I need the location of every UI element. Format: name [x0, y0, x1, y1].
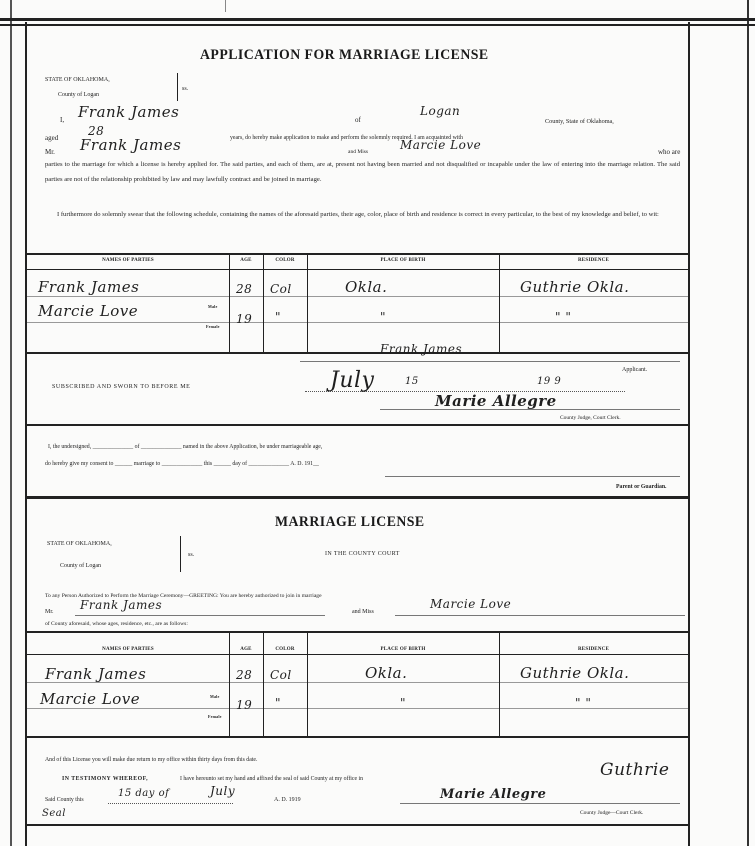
app-row2-name: Marcie Love — [38, 302, 138, 320]
license-of-county-text: of County aforesaid, whose ages, residen… — [45, 620, 188, 629]
sworn-bottom-rule — [27, 424, 688, 426]
app-row2-birth: " — [380, 310, 386, 324]
page-right-border — [747, 0, 749, 846]
clerk-label: County Judge, Court Clerk. — [560, 414, 621, 423]
lic-row2-color: " — [275, 696, 281, 710]
lic-header-color: COLOR — [263, 647, 307, 653]
judge-signature-line — [400, 803, 680, 804]
application-bottom-rule — [27, 496, 688, 499]
sworn-month: July — [330, 368, 374, 393]
lic-row2-residence: " " — [575, 696, 591, 710]
license-and-label: and Miss — [352, 608, 374, 617]
line3-and-label: and Miss — [348, 148, 368, 157]
license-groom-line — [75, 615, 325, 616]
license-return-text: And of this License you will make due re… — [45, 756, 257, 765]
app-table-top — [27, 253, 688, 255]
lic-row2-name: Marcie Love — [40, 690, 140, 708]
lic-table-bottom — [27, 736, 688, 738]
page-left-border-inner — [25, 22, 27, 846]
judge-signature: Marie Allegre — [440, 787, 546, 802]
consent-signature-line — [385, 476, 680, 477]
license-bottom-rule — [27, 824, 688, 826]
applicant-signature: Frank James — [380, 342, 462, 356]
consent-line-1: I, the undersigned, ______________ of __… — [48, 443, 322, 452]
lic-table-header-rule — [27, 654, 688, 655]
application-county-label: County of Logan — [58, 91, 99, 100]
app-row1-color: Col — [270, 282, 292, 296]
license-state-label: STATE OF OKLAHOMA, — [47, 540, 112, 549]
said-county-label: Said County this — [45, 796, 84, 805]
top-tick-mark — [225, 0, 226, 12]
line1-suffix: County, State of Oklahoma, — [545, 117, 614, 126]
license-state-brace — [180, 536, 181, 572]
lic-header-residence: RESIDENCE — [499, 647, 688, 653]
page-right-border-inner — [688, 22, 690, 846]
line1-of: of — [355, 116, 361, 125]
app-row2-tag: Female — [206, 324, 220, 330]
clerk-signature-line — [380, 409, 680, 410]
lic-row2-tag: Female — [208, 714, 222, 720]
page-left-border — [10, 0, 12, 846]
lic-table-top — [27, 631, 688, 633]
line3-suffix: who are — [658, 148, 680, 157]
applicant-label: Applicant. — [622, 366, 647, 375]
app-row2-color: " — [275, 310, 281, 324]
app-row1-tag: Male — [208, 304, 217, 310]
top-double-rule — [0, 18, 755, 21]
app-header-residence: RESIDENCE — [499, 258, 688, 264]
office-town: Guthrie — [600, 760, 669, 780]
app-header-names: NAMES OF PARTIES — [27, 258, 229, 264]
app-table-header-rule — [27, 269, 688, 270]
app-col-divider-2 — [263, 253, 264, 353]
app-header-color: COLOR — [263, 258, 307, 264]
testimony-text: I have hereunto set my hand and affixed … — [180, 775, 363, 784]
bride-name-line: Marcie Love — [400, 138, 481, 152]
lic-header-birth: PLACE OF BIRTH — [307, 647, 499, 653]
consent-line-2: do hereby give my consent to ______ marr… — [45, 460, 319, 469]
app-header-age: AGE — [229, 258, 263, 264]
app-row1-age: 28 — [236, 282, 252, 296]
license-ss: ss. — [188, 551, 194, 560]
lic-header-age: AGE — [229, 647, 263, 653]
applicant-name: Frank James — [78, 103, 179, 121]
app-col-divider-3 — [307, 253, 308, 353]
applicant-signature-line — [300, 361, 680, 362]
testimony-label: IN TESTIMONY WHEREOF, — [62, 775, 148, 784]
app-row1-residence: Guthrie Okla. — [520, 278, 629, 296]
line2-aged-label: aged — [45, 134, 58, 143]
license-date-month: July — [210, 784, 235, 798]
lic-row1-name: Frank James — [45, 665, 146, 683]
application-ss: ss. — [182, 85, 188, 94]
application-paragraph-1: parties to the marriage for which a lice… — [45, 158, 680, 187]
app-col-divider-1 — [229, 253, 230, 353]
top-rule-2 — [0, 24, 755, 26]
app-table-row1-rule — [27, 296, 688, 297]
license-county-label: County of Logan — [60, 562, 101, 571]
sworn-day: 15 — [405, 376, 419, 387]
app-col-divider-4 — [499, 253, 500, 353]
sworn-year: 19 9 — [537, 376, 561, 387]
license-bride: Marcie Love — [430, 597, 511, 611]
license-title: MARRIAGE LICENSE — [275, 514, 425, 531]
application-title: APPLICATION FOR MARRIAGE LICENSE — [200, 47, 489, 64]
lic-row1-birth: Okla. — [365, 664, 407, 682]
clerk-signature: Marie Allegre — [435, 392, 557, 410]
lic-row1-residence: Guthrie Okla. — [520, 664, 629, 682]
license-bride-line — [395, 615, 685, 616]
app-row1-name: Frank James — [38, 278, 139, 296]
application-paragraph-2: I furthermore do solemnly swear that the… — [45, 208, 680, 223]
lic-header-names: NAMES OF PARTIES — [27, 647, 229, 653]
county-written: Logan — [420, 104, 460, 118]
groom-name-line: Frank James — [80, 136, 181, 154]
app-row2-age: 19 — [236, 312, 252, 326]
app-row1-birth: Okla. — [345, 278, 387, 296]
consent-label: Parent or Guardian. — [616, 483, 667, 492]
judge-label: County Judge—Court Clerk. — [580, 809, 643, 818]
lic-row1-tag: Male — [210, 694, 219, 700]
application-state-brace — [177, 73, 178, 101]
license-groom: Frank James — [80, 598, 162, 612]
line1-prefix: I, — [60, 116, 64, 125]
app-header-birth: PLACE OF BIRTH — [307, 258, 499, 264]
license-date-day: 15 day of — [118, 788, 169, 799]
license-mr-label: Mr. — [45, 608, 54, 617]
license-court: IN THE COUNTY COURT — [325, 550, 400, 559]
date-line — [108, 803, 233, 804]
lic-row2-birth: " — [400, 696, 406, 710]
license-date-year: A. D. 1919 — [274, 796, 301, 805]
app-row2-residence: " " — [555, 310, 571, 324]
sworn-label: SUBSCRIBED AND SWORN TO BEFORE ME — [52, 383, 190, 392]
application-state-label: STATE OF OKLAHOMA, — [45, 76, 110, 85]
lic-row1-color: Col — [270, 668, 292, 682]
lic-row2-age: 19 — [236, 698, 252, 712]
app-table-row2-rule — [27, 322, 688, 323]
lic-row1-age: 28 — [236, 668, 252, 682]
line3-prefix: Mr. — [45, 148, 55, 157]
seal-note: Seal — [42, 808, 66, 819]
app-table-bottom — [27, 352, 688, 354]
